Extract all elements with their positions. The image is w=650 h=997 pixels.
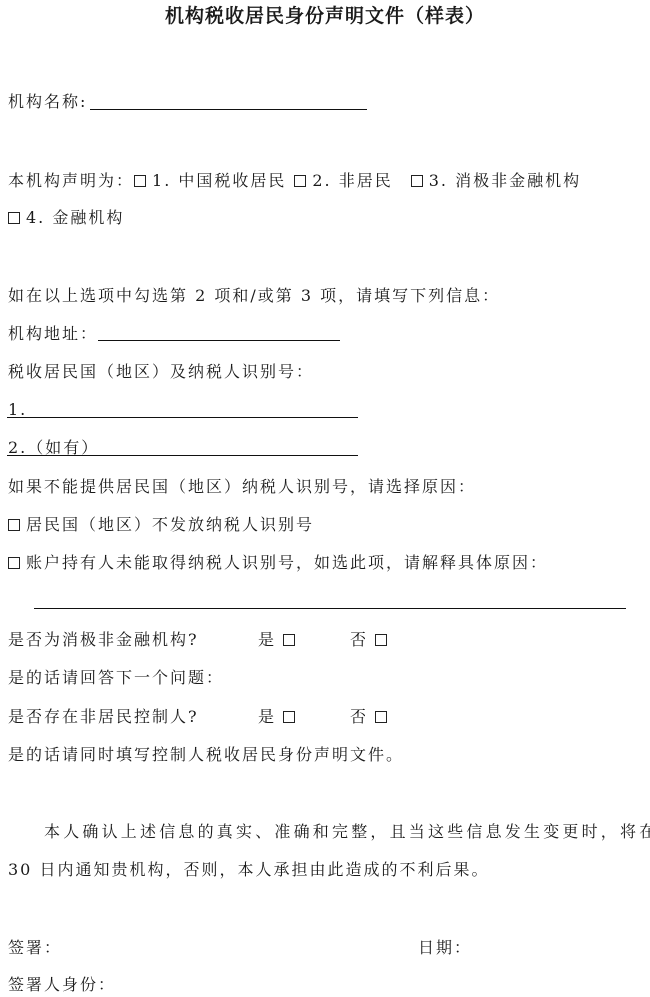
tin-entry-1-field[interactable] (7, 417, 358, 418)
checkbox-icon[interactable] (8, 519, 20, 531)
checkbox-icon[interactable] (411, 175, 423, 187)
document-title: 机构税收居民身份声明文件（样表） (0, 6, 650, 26)
reason-explanation-field[interactable] (34, 608, 626, 609)
option-non-resident[interactable]: 2. 非居民 (294, 171, 392, 191)
date-label: 日期： (418, 938, 472, 958)
checkbox-icon[interactable] (8, 212, 20, 224)
question-passive-nfe: 是否为消极非金融机构? (8, 630, 199, 650)
checkbox-icon[interactable] (294, 175, 306, 187)
checkbox-icon[interactable] (375, 711, 387, 723)
declaration-label: 本机构声明为： (8, 171, 134, 190)
confirmation-line-1: 本人确认上述信息的真实、准确和完整，且当这些信息发生变更时，将在 (44, 822, 650, 842)
option-passive-nfe[interactable]: 3. 消极非金融机构 (411, 171, 581, 191)
q1-no[interactable]: 否 (350, 630, 393, 650)
option-cn-tax-resident[interactable]: 1. 中国税收居民 (134, 171, 286, 191)
tin-entry-2-field[interactable] (7, 455, 358, 456)
confirmation-line-2: 30 日内通知贵机构，否则，本人承担由此造成的不利后果。 (8, 860, 489, 880)
no-tin-reason-1[interactable]: 居民国（地区）不发放纳税人识别号 (8, 515, 314, 535)
declaration-row: 本机构声明为：1. 中国税收居民2. 非居民3. 消极非金融机构 (8, 171, 589, 191)
no-tin-reason-2[interactable]: 账户持有人未能取得纳税人识别号，如选此项，请解释具体原因： (8, 553, 548, 573)
no-tin-prompt: 如果不能提供居民国（地区）纳税人识别号，请选择原因： (8, 477, 476, 497)
checkbox-icon[interactable] (283, 711, 295, 723)
q1-followup: 是的话请回答下一个问题： (8, 668, 224, 688)
signer-identity-label: 签署人身份： (8, 975, 116, 995)
tax-residence-label: 税收居民国（地区）及纳税人识别号： (8, 362, 314, 382)
q2-followup: 是的话请同时填写控制人税收居民身份声明文件。 (8, 745, 404, 765)
signature-label: 签署： (8, 938, 62, 958)
org-address-label: 机构地址： (8, 324, 98, 344)
checkbox-icon[interactable] (8, 557, 20, 569)
org-name-label: 机构名称: (8, 92, 87, 112)
checkbox-icon[interactable] (134, 175, 146, 187)
q2-yes[interactable]: 是 (258, 707, 301, 727)
checkbox-icon[interactable] (283, 634, 295, 646)
checkbox-icon[interactable] (375, 634, 387, 646)
q2-no[interactable]: 否 (350, 707, 393, 727)
q1-yes[interactable]: 是 (258, 630, 301, 650)
question-non-resident-controller: 是否存在非居民控制人? (8, 707, 199, 727)
org-address-field[interactable] (98, 340, 340, 341)
org-name-field[interactable] (90, 109, 367, 110)
option-financial-institution[interactable]: 4. 金融机构 (8, 208, 124, 228)
conditional-note: 如在以上选项中勾选第 2 项和/或第 3 项，请填写下列信息： (8, 286, 500, 306)
